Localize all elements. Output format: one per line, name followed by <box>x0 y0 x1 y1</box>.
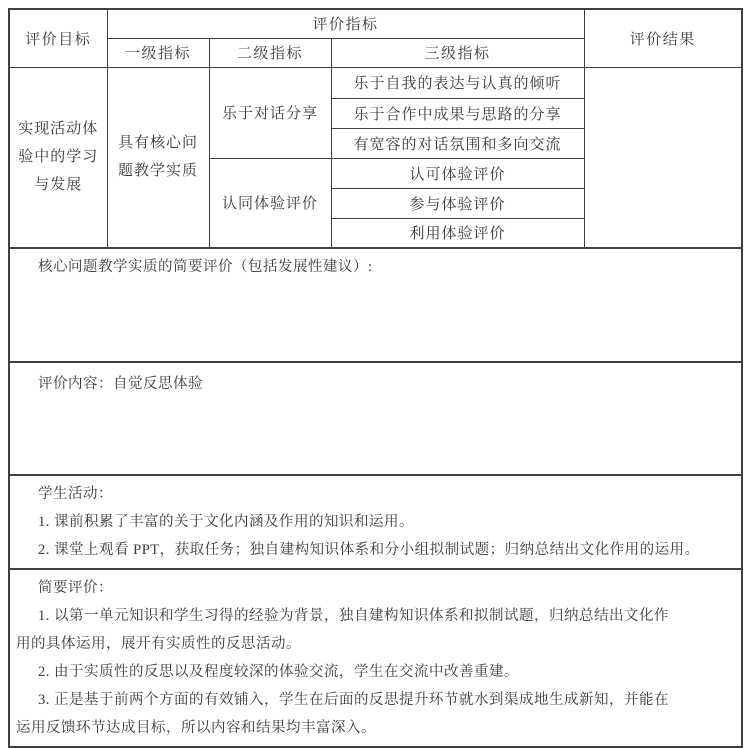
cell-level3-item: 认可体验评价 <box>331 158 584 188</box>
cell-level2-dialog-sharing: 乐于对话分享 <box>209 67 331 158</box>
section-line: 3. 正是基于前两个方面的有效铺入，学生在后面的反思提升环节就水到渠成地生成新知… <box>16 686 735 714</box>
cell-level3-item: 利用体验评价 <box>331 218 584 248</box>
section-line: 简要评价： <box>16 574 735 602</box>
section-line: 核心问题教学实质的简要评价（包括发展性建议）: <box>16 253 735 281</box>
section-line: 2. 课堂上观看 PPT，获取任务；独自建构知识体系和分小组拟制试题；归纳总结出… <box>16 536 735 564</box>
section-line: 1. 以第一单元知识和学生习得的经验为背景，独自建构知识体系和拟制试题，归纳总结… <box>16 602 735 630</box>
cell-level3-item: 乐于合作中成果与思路的分享 <box>331 98 584 128</box>
cell-level3-item: 乐于自我的表达与认真的倾听 <box>331 67 584 98</box>
section-student-activity: 学生活动： 1. 课前积累了丰富的关于文化内涵及作用的知识和运用。 2. 课堂上… <box>9 475 742 569</box>
header-level3-indicator: 三级指标 <box>331 38 584 67</box>
section-line: 运用反馈环节达成目标，所以内容和结果均丰富深入。 <box>16 714 735 742</box>
eval-result-blank-cell[interactable] <box>584 67 742 248</box>
cell-level2-experience-eval: 认同体验评价 <box>209 158 331 248</box>
evaluation-table: 评价目标 评价指标 评价结果 一级指标 二级指标 三级指标 实现活动体验中的学习… <box>8 8 743 748</box>
header-eval-result: 评价结果 <box>584 9 742 67</box>
section-line: 1. 课前积累了丰富的关于文化内涵及作用的知识和运用。 <box>16 508 735 536</box>
section-eval-content: 评价内容：自觉反思体验 <box>9 362 742 475</box>
section-line: 用的具体运用，展开有实质性的反思活动。 <box>16 630 735 658</box>
cell-level3-item: 参与体验评价 <box>331 188 584 218</box>
section-core-question-brief-eval: 核心问题教学实质的简要评价（包括发展性建议）: <box>9 248 742 362</box>
header-eval-goal: 评价目标 <box>9 9 107 67</box>
header-level1-indicator: 一级指标 <box>107 38 209 67</box>
header-eval-indicators: 评价指标 <box>107 9 584 38</box>
section-line: 评价内容：自觉反思体验 <box>16 370 735 398</box>
evaluation-form-page: 评价目标 评价指标 评价结果 一级指标 二级指标 三级指标 实现活动体验中的学习… <box>0 0 749 739</box>
header-level2-indicator: 二级指标 <box>209 38 331 67</box>
cell-eval-goal: 实现活动体验中的学习与发展 <box>9 67 107 248</box>
section-line: 学生活动： <box>16 480 735 508</box>
cell-level1-indicator: 具有核心问题教学实质 <box>107 67 209 248</box>
section-line: 2. 由于实质性的反思以及程度较深的体验交流，学生在交流中改善重建。 <box>16 658 735 686</box>
cell-level3-item: 有宽容的对话氛围和多向交流 <box>331 128 584 158</box>
section-brief-eval: 简要评价： 1. 以第一单元知识和学生习得的经验为背景，独自建构知识体系和拟制试… <box>9 569 742 747</box>
